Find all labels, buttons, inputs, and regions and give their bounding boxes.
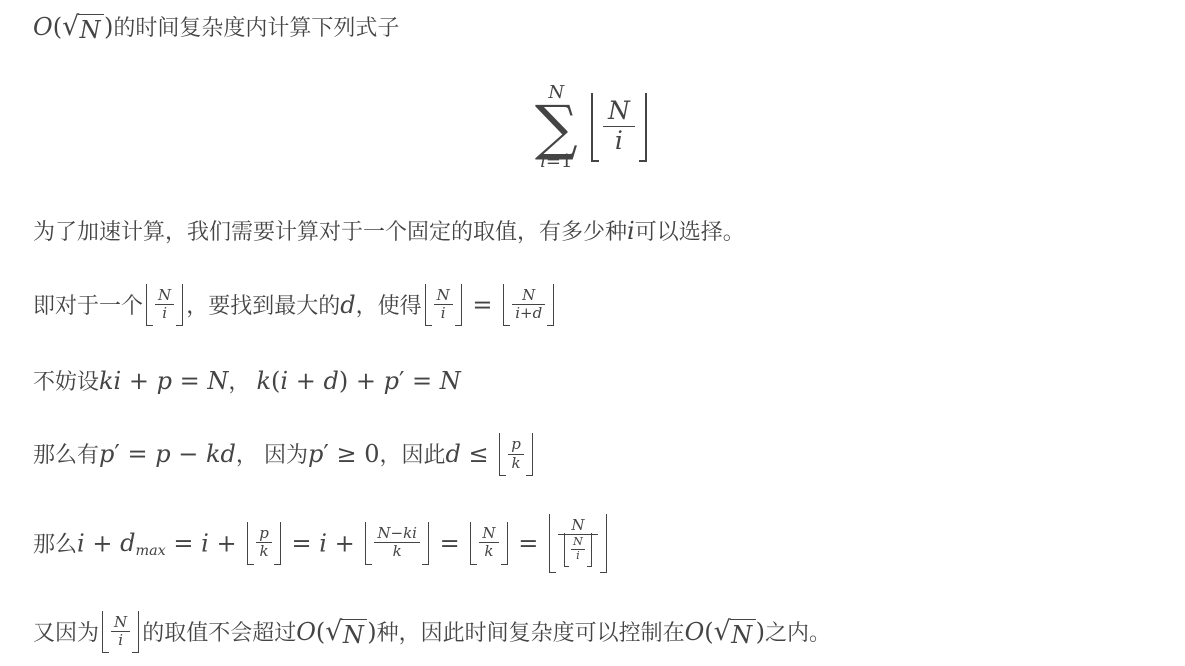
floor-content: N−kik: [372, 522, 422, 565]
math-glyph-run: p: [157, 367, 172, 395]
math-glyph-run: k: [260, 543, 269, 560]
math-glyph-run: =: [465, 291, 500, 319]
floor-expression: Ni: [591, 93, 648, 162]
fraction-numerator: N: [434, 287, 453, 304]
floor-expression: Ni+d: [503, 284, 554, 327]
display-formula: N∑i=1Ni: [33, 83, 1152, 172]
math-glyph-run: p: [259, 525, 269, 542]
math-glyph-run: +: [121, 367, 156, 395]
math-glyph-run: N: [482, 525, 495, 542]
math-run: i: [627, 217, 635, 245]
math-glyph-run: ki: [99, 367, 121, 395]
text-run: 那么: [33, 531, 77, 556]
fraction: Ni+d: [512, 287, 545, 323]
math-glyph-run: d: [323, 367, 338, 395]
summation: N∑i=1: [535, 83, 578, 172]
floor-content: pk: [506, 433, 526, 476]
paragraph: 为了加速计算，我们需要计算对于一个固定的取值，有多少种i可以选择。: [33, 216, 1152, 247]
math-glyph-run: p: [155, 440, 170, 468]
radical-icon: √: [714, 619, 731, 645]
math-run: O(: [296, 618, 325, 646]
math-glyph-run: ): [367, 618, 376, 646]
floor-content: Ni: [599, 93, 639, 162]
math-glyph-run: d: [533, 305, 543, 322]
math-glyph-run: p: [511, 436, 521, 453]
fraction-numerator: N: [603, 97, 635, 126]
fraction: pk: [508, 436, 524, 472]
math-glyph-run: ki: [403, 525, 417, 542]
math-glyph-run: N: [522, 287, 535, 304]
math-run: O(: [33, 13, 62, 41]
fraction: N−kik: [374, 525, 420, 561]
math-glyph-run: k: [512, 455, 521, 472]
math-glyph-run: N: [571, 517, 584, 534]
fraction: Ni: [155, 287, 174, 323]
math-glyph-run: (: [271, 367, 280, 395]
math-glyph-run: i: [77, 529, 85, 557]
math-glyph-run: d: [340, 291, 355, 319]
floor-left-bracket-icon: [549, 514, 556, 573]
fraction-denominator: k: [481, 543, 496, 560]
floor-right-bracket-icon: [547, 284, 554, 327]
fraction: Ni: [571, 536, 585, 563]
fraction-denominator: k: [390, 543, 405, 560]
fraction-numerator: N: [479, 525, 498, 542]
floor-expression: pk: [499, 433, 533, 476]
text-run: 不妨设: [33, 369, 99, 394]
fraction: Ni: [111, 614, 130, 650]
math-glyph-run: (: [316, 618, 325, 646]
fraction-denominator: k: [257, 543, 272, 560]
math-glyph-run: (: [53, 13, 62, 41]
math-glyph-run: O: [296, 618, 316, 646]
paragraph: 即对于一个Ni，要找到最大的d，使得Ni = Ni+d: [33, 286, 1152, 329]
fraction-numerator: p: [508, 436, 524, 453]
math-glyph-run: (: [704, 618, 713, 646]
math-run: ki + p = N: [99, 367, 228, 395]
math-run: p′ ≥ 0: [308, 440, 379, 468]
floor-expression: Ni: [564, 533, 592, 567]
math-run: =: [511, 529, 546, 557]
math-run: i +: [77, 529, 120, 557]
math-glyph-run: i: [627, 217, 635, 245]
floor-expression: N−kik: [365, 522, 429, 565]
floor-right-bracket-icon: [274, 522, 281, 565]
floor-expression: pk: [247, 522, 281, 565]
floor-content: Ni: [153, 284, 176, 327]
floor-expression: NNi: [549, 514, 607, 573]
text-run: 为了加速计算，我们需要计算对于一个固定的取值，有多少种: [33, 219, 627, 244]
fraction-numerator: N: [519, 287, 538, 304]
floor-expression: Nk: [470, 522, 507, 565]
math-glyph-run: =: [432, 529, 467, 557]
math-glyph-run: ′ =: [114, 440, 155, 468]
fraction: pk: [256, 525, 272, 561]
math-run: p′ = p − kd: [99, 440, 236, 468]
floor-content: Ni: [569, 533, 587, 567]
floor-left-bracket-icon: [247, 522, 254, 565]
floor-left-bracket-icon: [591, 93, 599, 162]
math-glyph-run: i: [162, 305, 167, 322]
math-glyph-run: i: [319, 529, 327, 557]
math-glyph-run: p: [99, 440, 114, 468]
fraction: Ni: [603, 97, 635, 156]
math-glyph-run: =1: [546, 151, 573, 172]
fraction-denominator: i: [610, 127, 628, 156]
radicand: N: [341, 619, 367, 650]
text-run: 之内。: [765, 620, 831, 645]
text-run: 即对于一个: [33, 293, 143, 318]
text-run: 那么有: [33, 442, 99, 467]
math-glyph-run: i: [615, 127, 623, 156]
math-run: d: [340, 291, 355, 319]
square-root: √N: [325, 619, 367, 650]
math-run: k(i + d) + p′ = N: [256, 367, 460, 395]
fraction-denominator: i+d: [512, 305, 545, 322]
floor-left-bracket-icon: [499, 433, 506, 476]
math-glyph-run: k: [256, 367, 271, 395]
floor-expression: Ni: [102, 611, 139, 654]
floor-expression: Ni: [146, 284, 183, 327]
math-glyph-run: N: [377, 525, 390, 542]
fraction: Ni: [434, 287, 453, 323]
math-glyph-run: i: [118, 632, 123, 649]
math-glyph-run: +: [85, 529, 120, 557]
text-run: 的时间复杂度内计算下列式子: [113, 15, 399, 40]
math-glyph-run: ): [104, 13, 113, 41]
square-root: √N: [714, 619, 756, 650]
math-glyph-run: p: [384, 367, 399, 395]
fraction-numerator: p: [256, 525, 272, 542]
math-run: ): [756, 618, 765, 646]
math-glyph-run: i: [441, 305, 446, 322]
math-glyph-run: +: [288, 367, 323, 395]
math-glyph-run: ′ =: [399, 367, 440, 395]
math-glyph-run: kd: [206, 440, 236, 468]
floor-right-bracket-icon: [600, 514, 607, 573]
math-run: = i +: [166, 529, 244, 557]
fraction-denominator: i: [159, 305, 170, 322]
text-run: ，: [228, 369, 256, 394]
math-glyph-run: N: [207, 367, 228, 395]
paragraph: 又因为Ni的取值不会超过O(√N)种，因此时间复杂度可以控制在O(√N)之内。: [33, 613, 1152, 656]
math-glyph-run: ) +: [339, 367, 384, 395]
math-glyph-run: N: [573, 536, 583, 549]
fraction-numerator: N: [155, 287, 174, 304]
floor-content: Ni: [432, 284, 455, 327]
text-run: 的取值不会超过: [142, 620, 296, 645]
sum-lower-limit: i=1: [540, 152, 572, 173]
radical-icon: √: [325, 619, 342, 645]
math-run: d ≤: [445, 440, 496, 468]
floor-content: Nk: [477, 522, 500, 565]
math-glyph-run: +: [520, 305, 533, 322]
fraction-denominator: i: [115, 632, 126, 649]
floor-right-bracket-icon: [587, 533, 592, 567]
math-glyph-run: O: [33, 13, 53, 41]
math-glyph-run: i: [280, 367, 288, 395]
text-run: ，要找到最大的: [186, 293, 340, 318]
math-glyph-run: N: [114, 614, 127, 631]
math-glyph-run: =: [172, 367, 207, 395]
subscript: max: [135, 543, 165, 559]
math-glyph-run: d: [445, 440, 460, 468]
math-glyph-run: −: [391, 525, 404, 542]
floor-right-bracket-icon: [639, 93, 647, 162]
math-glyph-run: N: [437, 287, 450, 304]
math-glyph-run: −: [171, 440, 206, 468]
fraction-numerator: N: [571, 536, 585, 549]
radicand: N: [730, 619, 756, 650]
floor-left-bracket-icon: [146, 284, 153, 327]
sigma-icon: ∑: [535, 104, 578, 152]
floor-right-bracket-icon: [526, 433, 533, 476]
math-glyph-run: k: [484, 543, 493, 560]
floor-expression: Ni: [425, 284, 462, 327]
math-glyph-run: i: [201, 529, 209, 557]
floor-content: Ni: [109, 611, 132, 654]
square-root: √N: [62, 14, 104, 45]
text-run: 种，因此时间复杂度可以控制在: [377, 620, 685, 645]
text-run: 又因为: [33, 620, 99, 645]
math-glyph-run: i: [576, 550, 580, 563]
math-glyph-run: k: [393, 543, 402, 560]
math-run: ): [367, 618, 376, 646]
fraction: NNi: [558, 517, 598, 569]
math-run: O(: [685, 618, 714, 646]
floor-right-bracket-icon: [501, 522, 508, 565]
text-run: ，使得: [356, 293, 422, 318]
floor-right-bracket-icon: [455, 284, 462, 327]
floor-right-bracket-icon: [176, 284, 183, 327]
math-glyph-run: =: [511, 529, 546, 557]
floor-right-bracket-icon: [422, 522, 429, 565]
math-glyph-run: ≤: [461, 440, 496, 468]
floor-left-bracket-icon: [365, 522, 372, 565]
paragraph: 不妨设ki + p = N， k(i + d) + p′ = N: [33, 366, 1152, 397]
math-run: =: [465, 291, 500, 319]
fraction-numerator: N−ki: [374, 525, 420, 542]
fraction-denominator: i: [438, 305, 449, 322]
math-run: = i +: [284, 529, 362, 557]
floor-content: pk: [254, 522, 274, 565]
math-glyph-run: N: [608, 97, 630, 126]
floor-content: NNi: [556, 514, 600, 573]
text-run: 可以选择。: [635, 219, 745, 244]
fraction-denominator: Ni: [558, 535, 598, 569]
floor-right-bracket-icon: [132, 611, 139, 654]
math-glyph-run: N: [80, 16, 101, 44]
math-glyph-run: +: [209, 529, 244, 557]
math-run: ): [104, 13, 113, 41]
math-glyph-run: =: [166, 529, 201, 557]
math-glyph-run: N: [440, 367, 461, 395]
paragraph: O(√N)的时间复杂度内计算下列式子: [33, 12, 1152, 45]
paragraph: 那么i + dmax = i + pk = i + N−kik = Nk = N…: [33, 516, 1152, 575]
floor-left-bracket-icon: [102, 611, 109, 654]
text-run: ，因此: [379, 442, 445, 467]
math-document: O(√N)的时间复杂度内计算下列式子N∑i=1Ni为了加速计算，我们需要计算对于…: [33, 12, 1152, 655]
math-glyph-run: O: [685, 618, 705, 646]
paragraph: 那么有p′ = p − kd， 因为p′ ≥ 0，因此d ≤ pk: [33, 435, 1152, 478]
math-sub-expression: dmax: [120, 529, 166, 557]
math-glyph-run: p: [308, 440, 323, 468]
fraction-numerator: N: [568, 517, 587, 534]
fraction-denominator: i: [574, 550, 582, 563]
floor-left-bracket-icon: [503, 284, 510, 327]
math-glyph-run: N: [158, 287, 171, 304]
radical-icon: √: [62, 14, 79, 40]
floor-content: Ni+d: [510, 284, 547, 327]
fraction: Nk: [479, 525, 498, 561]
math-glyph-run: N: [731, 621, 752, 649]
math-sub-base: d: [120, 529, 135, 557]
math-glyph-run: ): [756, 618, 765, 646]
floor-left-bracket-icon: [425, 284, 432, 327]
math-glyph-run: +: [327, 529, 362, 557]
math-glyph-run: =: [284, 529, 319, 557]
math-run: =: [432, 529, 467, 557]
radicand: N: [78, 14, 104, 45]
fraction-denominator: k: [509, 455, 524, 472]
floor-left-bracket-icon: [470, 522, 477, 565]
math-glyph-run: N: [343, 621, 364, 649]
math-glyph-run: ′ ≥ 0: [323, 440, 379, 468]
fraction-numerator: N: [111, 614, 130, 631]
text-run: ， 因为: [236, 442, 308, 467]
